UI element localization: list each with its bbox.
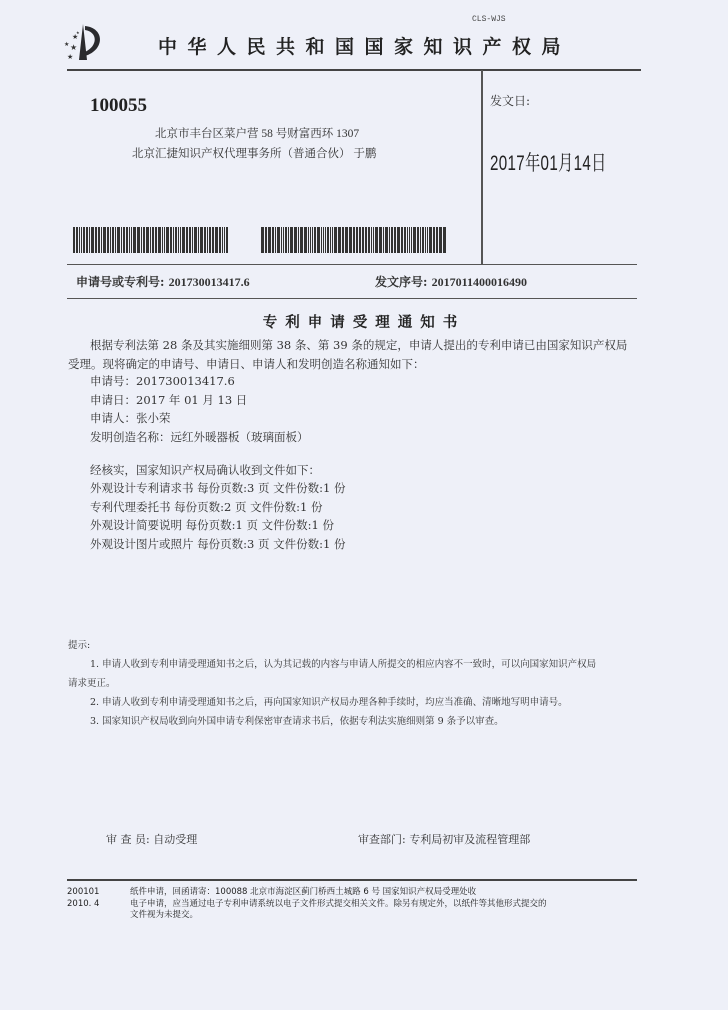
note-item: 1. 申请人收到专利申请受理通知书之后，认为其记载的内容与申请人所提交的相应内容… <box>68 655 596 674</box>
application-number-label: 申请号或专利号: <box>76 275 164 289</box>
field-label: 发明创造名称： <box>90 430 171 444</box>
barcode-divider <box>67 264 637 265</box>
serial-number-label: 发文序号: <box>375 275 427 289</box>
field-value: 201730013417.6 <box>136 374 235 388</box>
barcode-application <box>73 227 229 253</box>
notes-heading: 提示: <box>68 636 596 655</box>
svg-text:★: ★ <box>67 53 73 61</box>
footer-line-3: 文件视为未提交。 <box>130 910 547 922</box>
address-line-1: 北京市丰台区菜户营 58 号财富西环 1307 <box>155 125 359 141</box>
agency-name: 中华人民共和国国家知识产权局 <box>158 32 571 59</box>
received-files-list: 外观设计专利请求书 每份页数:3 页 文件份数:1 份专利代理委托书 每份页数:… <box>90 479 346 553</box>
cnipa-logo-icon: ★ ★ ★ ★ ★ <box>57 22 109 62</box>
header-divider <box>67 69 641 71</box>
received-file-item: 专利代理委托书 每份页数:2 页 文件份数:1 份 <box>90 498 346 517</box>
application-number-row: 申请号或专利号: 201730013417.6 <box>76 273 250 290</box>
serial-number-row: 发文序号: 2017011400016490 <box>375 273 527 290</box>
field-value: 远红外暖器板（玻璃面板） <box>171 430 309 444</box>
note-item: 2. 申请人收到专利申请受理通知书之后，再向国家知识产权局办理各种手续时，均应当… <box>68 693 596 712</box>
received-file-item: 外观设计专利请求书 每份页数:3 页 文件份数:1 份 <box>90 479 346 498</box>
examiner-label: 审 查 员: <box>106 833 150 846</box>
svg-text:★: ★ <box>64 41 69 48</box>
footer-instructions: 纸件申请，回函请寄：100088 北京市海淀区蓟门桥西土城路 6 号 国家知识产… <box>130 887 547 922</box>
address-line-2: 北京汇捷知识产权代理事务所（普通合伙） 于鹏 <box>132 145 376 161</box>
intro-line-1: 根据专利法第 28 条及其实施细则第 38 条、第 39 条的规定，申请人提出的… <box>68 336 627 355</box>
note-item-continuation: 请求更正。 <box>68 674 596 693</box>
form-code: 200101 2010. 4 <box>67 887 99 910</box>
application-field: 发明创造名称：远红外暖器板（玻璃面板） <box>90 428 309 447</box>
department: 审查部门: 专利局初审及流程管理部 <box>358 831 530 847</box>
department-value: 专利局初审及流程管理部 <box>409 833 530 846</box>
notes-list: 1. 申请人收到专利申请受理通知书之后，认为其记载的内容与申请人所提交的相应内容… <box>68 655 596 731</box>
application-fields: 申请号：201730013417.6申请日：2017 年 01 月 13 日申请… <box>90 372 309 446</box>
received-file-item: 外观设计简要说明 每份页数:1 页 文件份数:1 份 <box>90 516 346 535</box>
department-label: 审查部门: <box>358 833 406 846</box>
svg-text:★: ★ <box>70 43 77 52</box>
issue-date-stamp: 2017年01月14日 <box>490 147 607 177</box>
serial-number: 2017011400016490 <box>432 275 527 289</box>
field-label: 申请号： <box>90 374 136 388</box>
identifiers-divider <box>67 298 637 299</box>
received-file-item: 外观设计图片或照片 每份页数:3 页 文件份数:1 份 <box>90 535 346 554</box>
postal-code: 100055 <box>90 95 147 117</box>
footer-line-1: 纸件申请，回函请寄：100088 北京市海淀区蓟门桥西土城路 6 号 国家知识产… <box>130 887 547 899</box>
reference-code: CLS-WJS <box>472 15 506 24</box>
intro-paragraph: 根据专利法第 28 条及其实施细则第 38 条、第 39 条的规定，申请人提出的… <box>68 336 627 373</box>
barcode-serial <box>261 227 447 253</box>
examiner: 审 查 员: 自动受理 <box>106 831 197 847</box>
document-title: 专利申请受理通知书 <box>0 311 728 332</box>
svg-text:★: ★ <box>76 30 80 35</box>
note-item: 3. 国家知识产权局收到向外国申请专利保密审查请求书后，依据专利法实施细则第 9… <box>68 712 596 731</box>
field-label: 申请人： <box>90 411 136 425</box>
field-label: 申请日： <box>90 393 136 407</box>
field-value: 2017 年 01 月 13 日 <box>136 393 247 407</box>
application-field: 申请人：张小荣 <box>90 409 309 428</box>
field-value: 张小荣 <box>136 411 171 425</box>
issue-date-label: 发文日: <box>490 92 530 109</box>
form-code-number: 200101 <box>67 887 99 899</box>
received-intro: 经核实，国家知识产权局确认收到文件如下： <box>90 461 320 480</box>
footer-divider <box>67 879 637 881</box>
form-version: 2010. 4 <box>67 899 99 911</box>
notes-section: 提示: 1. 申请人收到专利申请受理通知书之后，认为其记载的内容与申请人所提交的… <box>68 636 596 731</box>
footer-line-2: 电子申请，应当通过电子专利申请系统以电子文件形式提交相关文件。除另有规定外，以纸… <box>130 899 547 911</box>
examiner-value: 自动受理 <box>153 833 197 846</box>
application-field: 申请日：2017 年 01 月 13 日 <box>90 391 309 410</box>
application-field: 申请号：201730013417.6 <box>90 372 309 391</box>
issue-column-divider <box>481 70 483 264</box>
application-number: 201730013417.6 <box>169 275 250 289</box>
intro-line-2: 受理。现将确定的申请号、申请日、申请人和发明创造名称通知如下： <box>68 355 627 374</box>
